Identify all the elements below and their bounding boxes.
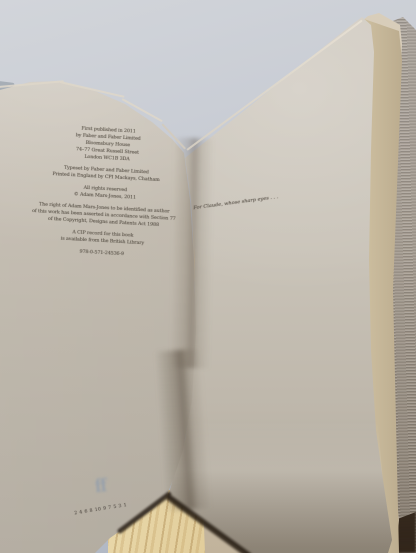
author-right-paragraph: The right of Adam Mars-Jones to be ident…	[24, 201, 183, 231]
publisher-address-paragraph: First published in 2011 by Faber and Fab…	[28, 123, 188, 167]
open-book-photo: ff First published in 2011 by Faber and …	[0, 0, 416, 553]
copyright-imprint: First published in 2011 by Faber and Fab…	[22, 123, 187, 267]
publisher-colophon-showthrough: ff	[94, 475, 107, 497]
